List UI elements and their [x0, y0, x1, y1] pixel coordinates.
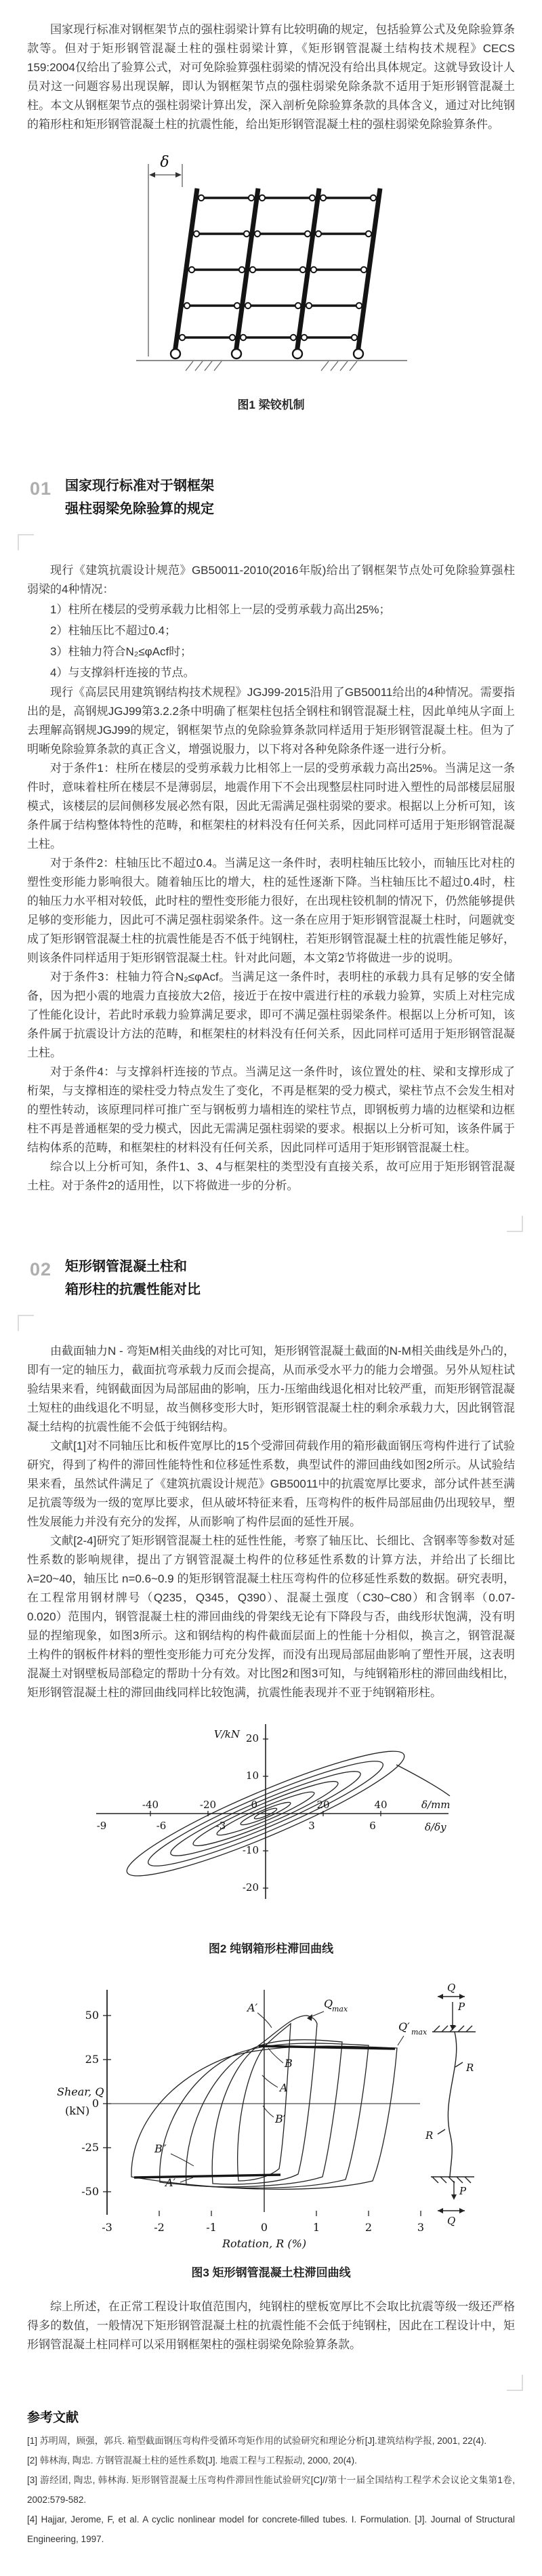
delta-label: δ	[160, 154, 169, 171]
section-1-paragraph: 对于条件2：柱轴压比不超过0.4。当满足这一条件时，表明柱轴压比较小，而轴压比对…	[27, 854, 515, 968]
section-2-header: 02 矩形钢管混凝土柱和 箱形柱的抗震性能对比	[30, 1255, 515, 1301]
inset-q-bottom: Q	[447, 2215, 455, 2227]
section-1-paragraph: 对于条件4：与支撑斜杆连接的节点。当满足这一条件时，该位置处的柱、梁和支撑形成了…	[27, 1063, 515, 1158]
section-2-paragraph: 文献[2-4]研究了矩形钢管混凝土柱的延性性能，考察了轴压比、长细比、含钢率等参…	[27, 1532, 515, 1702]
section-1-paragraph: 综合以上分析可知，条件1、3、4与框架柱的类型没有直接关系，故可应用于矩形钢管混…	[27, 1158, 515, 1195]
section-1-intro: 现行《建筑抗震设计规范》GB50011-2010(2016年版)给出了钢框架节点…	[27, 561, 515, 599]
y-tick: -50	[81, 2185, 99, 2198]
inset-q-top: Q	[447, 1982, 455, 1994]
figure-2-steel-box-hysteresis: V/kN 20 10 -10 -20 -40 -20 0 20 40 δ/mm …	[27, 1717, 515, 1956]
x-tick: 0	[261, 2221, 268, 2234]
annotation-a: A	[278, 2081, 288, 2094]
section-1-paragraph: 对于条件3：柱轴力符合N₂≤φAcf。当满足这一条件时，表明柱的承载力具有足够的…	[27, 968, 515, 1063]
decorative-corner-close	[507, 2375, 523, 2391]
x-tick-ratio: 3	[308, 1820, 315, 1832]
y-tick: -10	[243, 1844, 259, 1856]
condition-item-1: 1）柱所在楼层的受剪承载力比相邻上一层的受剪承载力高出25%；	[27, 599, 515, 620]
hysteresis-chart-steel: V/kN 20 10 -10 -20 -40 -20 0 20 40 δ/mm …	[88, 1717, 454, 1929]
x-tick-mm: 0	[251, 1799, 257, 1811]
beams	[177, 198, 379, 338]
condition-item-3: 3）柱轴力符合N₂≤φAcf时；	[27, 641, 515, 662]
y-tick: -20	[243, 1881, 259, 1894]
section-1-paragraph: 对于条件1：柱所在楼层的受剪承载力比相邻上一层的受剪承载力高出25%。当满足这一…	[27, 759, 515, 854]
inset-p-top: P	[457, 2001, 465, 2013]
reference-item: [3] 游经团, 陶忠, 韩林海. 矩形钢管混凝土压弯构件滞回性能试验研究[C]…	[27, 2470, 515, 2510]
x-tick-ratio: -9	[97, 1820, 107, 1832]
y-tick: 50	[85, 2009, 99, 2022]
section-2-paragraph: 文献[1]对不同轴压比和板件宽厚比的15个受滞回荷载作用的箱形截面钢压弯构件进行…	[27, 1437, 515, 1532]
arrowhead-left	[149, 172, 155, 178]
x-tick-mm: -20	[200, 1799, 216, 1811]
annotation-b-dprime: B″	[154, 2142, 167, 2155]
annotation-b: B	[284, 2057, 293, 2070]
annotation-a-bottom: A′	[164, 2176, 176, 2189]
annotation-a-top: A′	[246, 2001, 258, 2014]
qmax-arrowhead	[307, 2014, 312, 2021]
decorative-corner-close	[507, 1216, 523, 1232]
condition-item-4: 4）与支撑斜杆连接的节点。	[27, 662, 515, 683]
beam-hinges	[180, 195, 376, 340]
base-hinges	[171, 349, 363, 359]
x-tick: -2	[154, 2221, 165, 2234]
x-tick-ratio: -6	[157, 1820, 167, 1832]
inset-r-lower: R	[425, 2129, 433, 2142]
x-tick-mm: 40	[374, 1799, 387, 1811]
shear-axis-label: Shear, Q	[57, 2085, 104, 2098]
article-page: 国家现行标准对钢框架节点的强柱弱梁计算有比较明确的规定，包括验算公式及免除验算条…	[0, 0, 542, 2576]
figure-1-caption: 图1 梁铰机制	[27, 395, 515, 412]
loading-scheme-inset: Q P R R P Q	[425, 1982, 476, 2227]
decorative-corner-open	[18, 534, 34, 550]
x-tick-ratio: 6	[369, 1820, 376, 1832]
arrowhead-right	[175, 172, 182, 178]
x-tick: -3	[102, 2221, 112, 2234]
annotation-qpmax-sub: max	[411, 2028, 428, 2037]
x-tick: 3	[417, 2221, 424, 2234]
rotation-axis-label: Rotation, R (%)	[222, 2237, 306, 2250]
section-2-paragraph: 由截面轴力N - 弯矩M相关曲线的对比可知，矩形钢管混凝土截面的N-M相关曲线是…	[27, 1342, 515, 1437]
annotation-qpmax: Q′	[398, 2020, 410, 2033]
section-1-number: 01	[30, 474, 51, 499]
columns	[174, 188, 380, 358]
inset-p-bottom: P	[459, 2185, 467, 2197]
y-tick: 25	[85, 2053, 99, 2066]
x-tick-ratio: -3	[216, 1820, 226, 1832]
inset-r-upper: R	[465, 2062, 474, 2074]
annotation-qmax-sub: max	[332, 2005, 348, 2013]
intro-paragraph: 国家现行标准对钢框架节点的强柱弱梁计算有比较明确的规定，包括验算公式及免除验算条…	[27, 20, 515, 134]
conclusion-paragraph: 综上所述，在正常工程设计取值范围内，纯钢柱的壁板宽厚比不会取比抗震等级一级还严格…	[27, 2297, 515, 2354]
x-tick: 1	[313, 2221, 320, 2234]
figure-3-cft-hysteresis: A′ Q max Q′ max B A B′ B″ A′ 50 25 0 -25…	[27, 1974, 515, 2280]
condition-item-2: 2）柱轴压比不超过0.4；	[27, 620, 515, 641]
figure-3-caption: 图3 矩形钢管混凝土柱滞回曲线	[27, 2263, 515, 2280]
axes	[96, 1724, 449, 1899]
x-axis-label-ratio: δ/δy	[425, 1821, 446, 1833]
figure-2-caption: 图2 纯钢箱形柱滞回曲线	[27, 1939, 515, 1956]
kn-axis-label: (kN)	[65, 2104, 89, 2117]
annotation-leaders	[171, 2011, 404, 2182]
frame-mechanism-diagram: δ	[125, 149, 417, 385]
section-1-paragraph: 现行《高层民用建筑钢结构技术规程》JGJ99-2015沿用了GB50011给出的…	[27, 683, 515, 759]
axis-labels: V/kN 20 10 -10 -20 -40 -20 0 20 40 δ/mm …	[97, 1728, 451, 1894]
runoff-curve	[396, 1765, 450, 1796]
decorative-corner-open	[18, 1315, 34, 1331]
hysteresis-chart-cft: A′ Q max Q′ max B A B′ B″ A′ 50 25 0 -25…	[54, 1974, 488, 2253]
y-tick: -25	[81, 2141, 99, 2154]
ground-hatching	[186, 361, 357, 371]
reference-item: [1] 苏明周，顾强，郭兵. 箱型截面钢压弯构件受循环弯矩作用的试验研究和理论分…	[27, 2431, 515, 2451]
reference-item: [4] Hajjar, Jerome, F, et al. A cyclic n…	[27, 2510, 515, 2549]
annotation-b-prime: B′	[274, 2112, 286, 2125]
x-tick: -1	[206, 2221, 217, 2234]
section-2-number: 02	[30, 1255, 51, 1280]
reference-item: [2] 韩林海, 陶忠. 方钢管混凝土柱的延性系数[J]. 地震工程与工程振动,…	[27, 2451, 515, 2470]
axis-labels: 50 25 0 -25 -50 Shear, Q (kN) -3 -2 -1 0…	[57, 2009, 424, 2250]
section-1-header: 01 国家现行标准对于钢框架 强柱弱梁免除验算的规定	[30, 474, 515, 520]
references-title: 参考文献	[27, 2407, 515, 2426]
y-tick: 10	[246, 1770, 259, 1782]
x-tick: 2	[365, 2221, 372, 2234]
section-2-title: 矩形钢管混凝土柱和 箱形柱的抗震性能对比	[65, 1255, 201, 1301]
figure-1-beam-hinge-mechanism: δ	[27, 149, 515, 412]
x-tick-mm: 20	[316, 1799, 329, 1811]
axes	[107, 1990, 420, 2215]
y-axis-label: V/kN	[214, 1728, 241, 1740]
x-tick-mm: -40	[142, 1799, 159, 1811]
y-tick: 0	[92, 2097, 99, 2110]
y-tick: 20	[246, 1732, 259, 1744]
x-axis-label-mm: δ/mm	[421, 1799, 451, 1811]
section-1-title: 国家现行标准对于钢框架 强柱弱梁免除验算的规定	[65, 474, 214, 520]
